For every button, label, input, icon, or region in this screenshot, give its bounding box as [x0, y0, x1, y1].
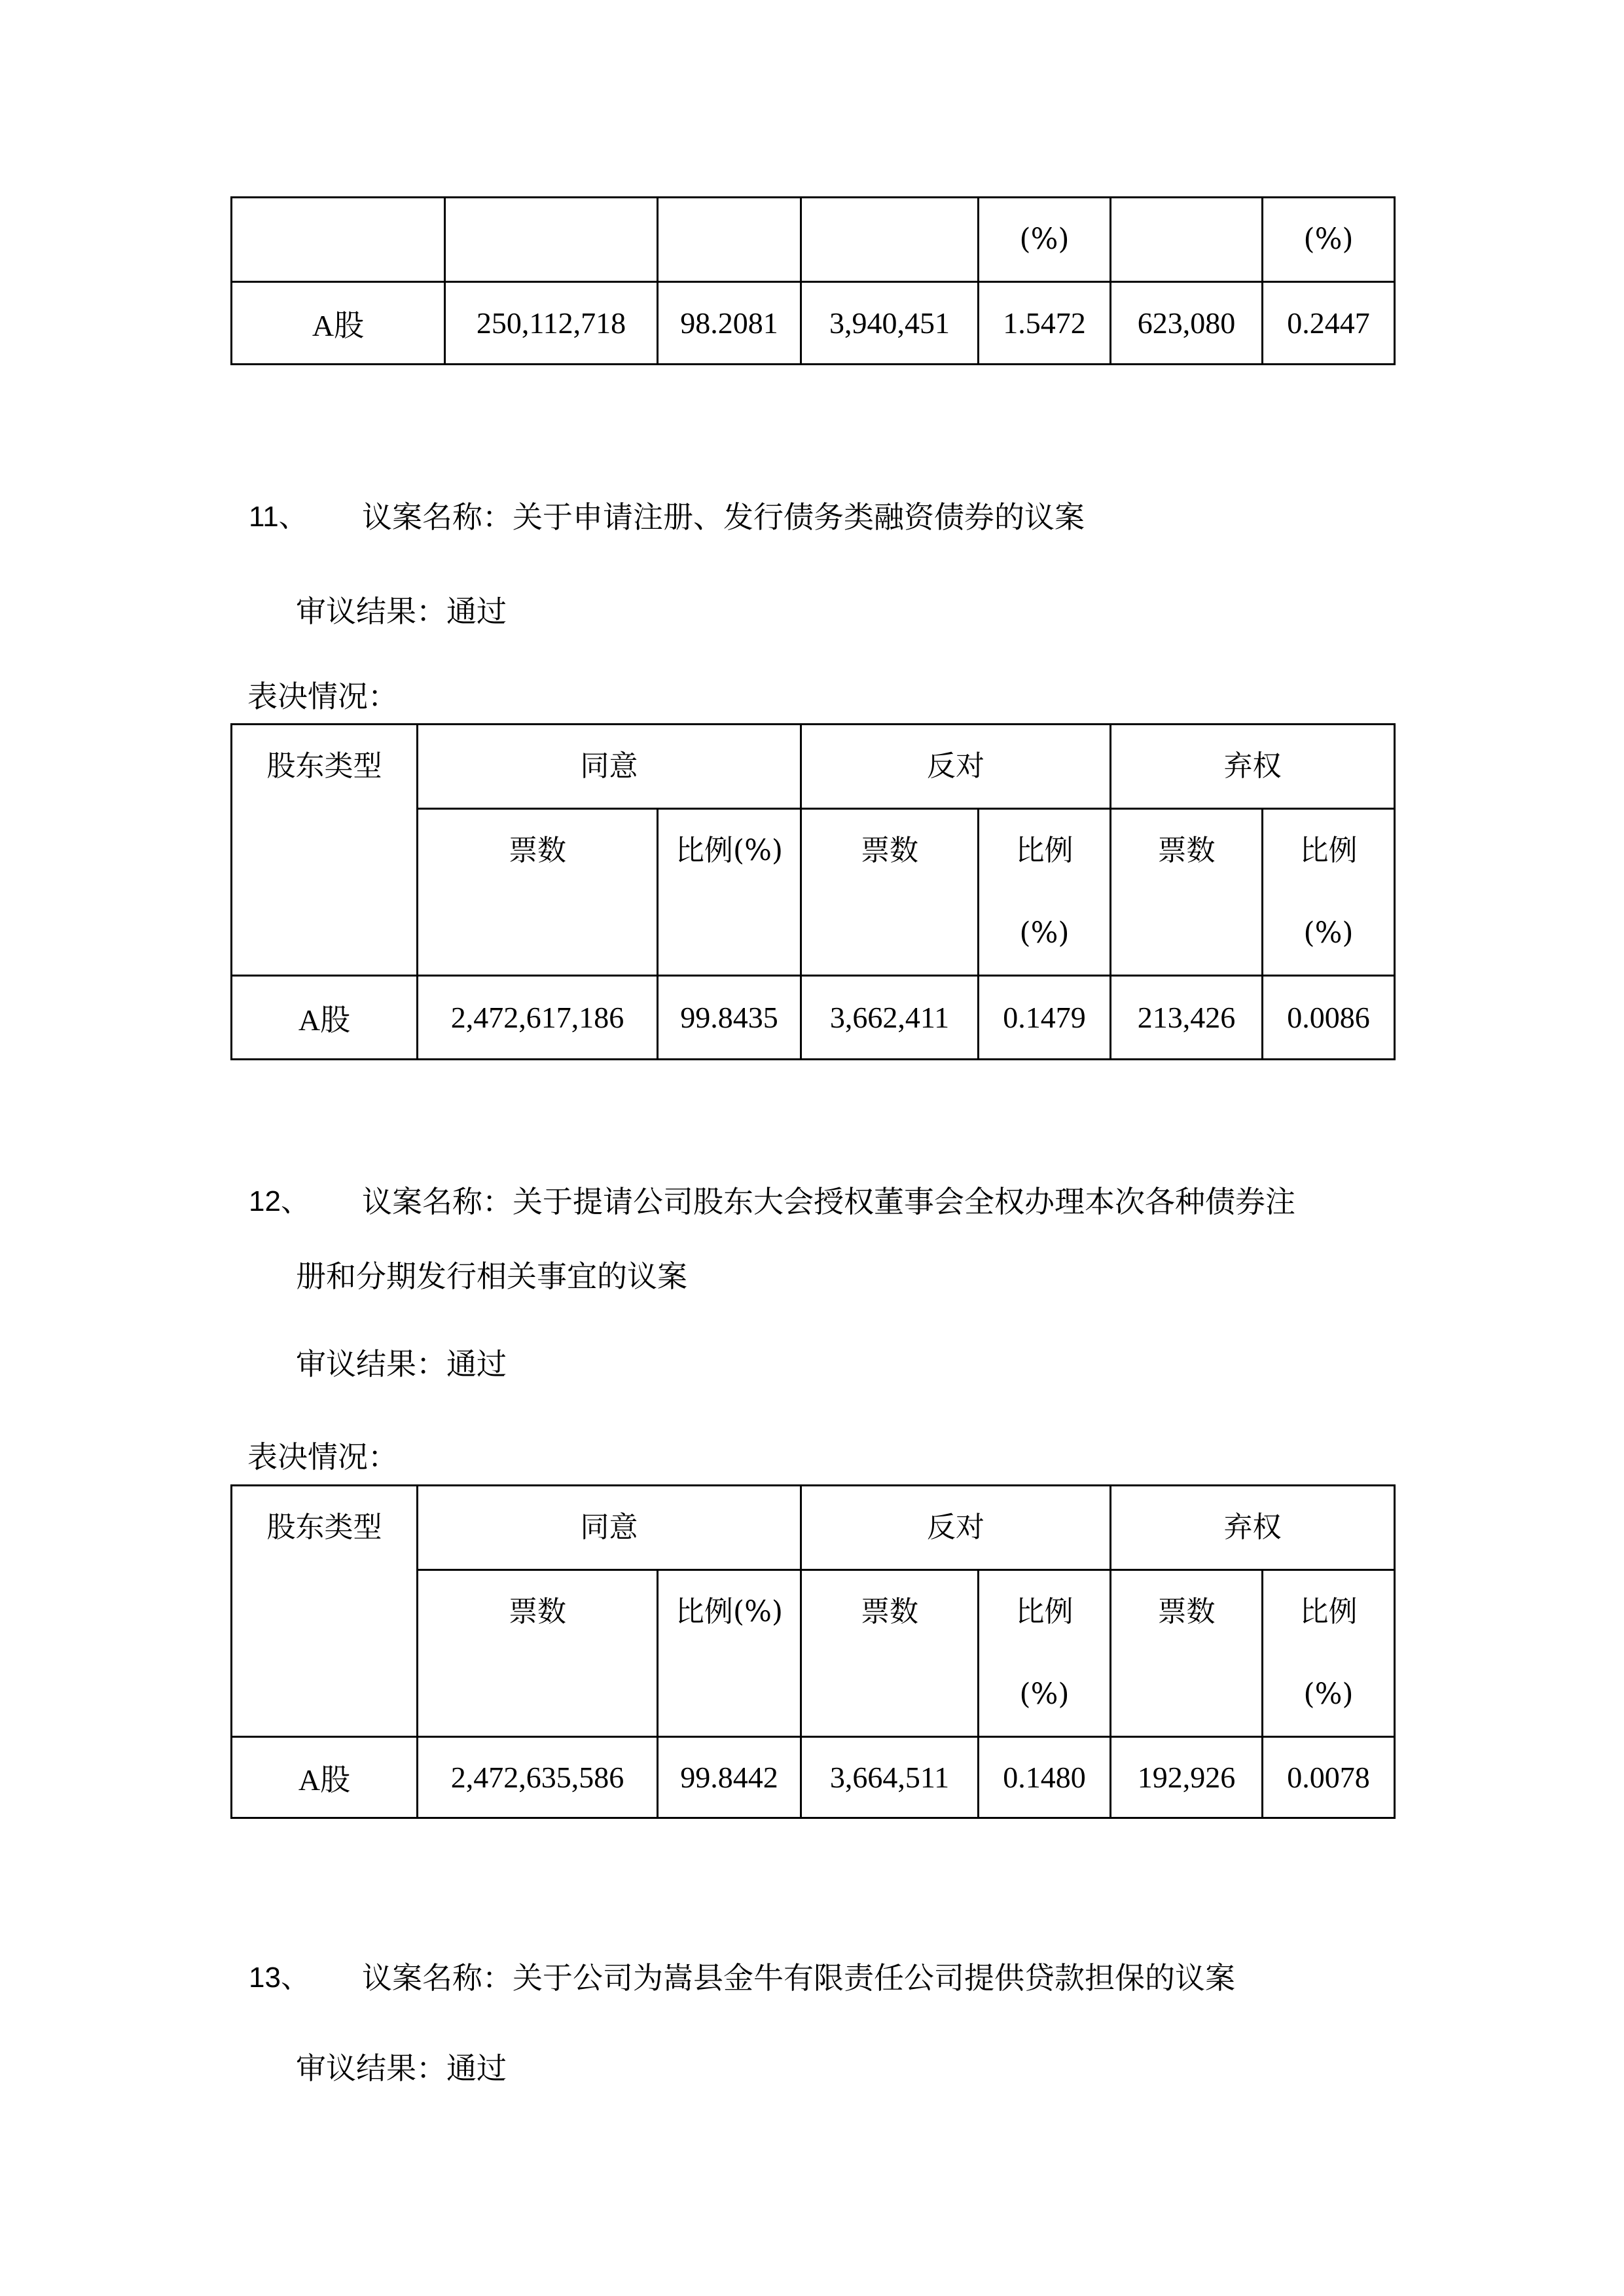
- header-cell-empty: [232, 198, 445, 282]
- motion-title-13: 议案名称：关于公司为嵩县金牛有限责任公司提供贷款担保的议案: [362, 1960, 1235, 1996]
- header-cell-empty: [658, 198, 801, 282]
- motion-result-12: 审议结果：通过: [296, 1346, 507, 1382]
- subheader-abstain-pct: 比例 (%): [1263, 1570, 1395, 1737]
- vote-table-10-continued: (%) (%) A股 250,112,718 98.2081 3,940,451…: [230, 196, 1396, 365]
- motion-title-11: 议案名称：关于申请注册、发行债务类融资债券的议案: [362, 499, 1085, 535]
- abstain-pct: 0.0086: [1263, 976, 1395, 1060]
- pct-word: 比例: [979, 1571, 1110, 1653]
- subheader-abstain-votes: 票数: [1111, 1570, 1263, 1737]
- motion-number-12: 12、: [249, 1183, 310, 1220]
- pct-word: 比例: [979, 810, 1110, 892]
- subheader-agree-pct: 比例(%): [658, 809, 801, 976]
- oppose-votes: 3,940,451: [801, 282, 979, 365]
- agree-votes: 2,472,617,186: [418, 976, 658, 1060]
- agree-pct: 99.8442: [658, 1737, 801, 1818]
- oppose-pct: 1.5472: [979, 282, 1111, 365]
- table-row: A股 250,112,718 98.2081 3,940,451 1.5472 …: [232, 282, 1395, 365]
- header-shareholder-type: 股东类型: [232, 725, 418, 976]
- vote-table-11: 股东类型 同意 反对 弃权 票数 比例(%) 票数 比例 (%) 票数 比例 (…: [230, 723, 1396, 1060]
- header-cell-empty: [801, 198, 979, 282]
- vote-label-11: 表决情况：: [247, 678, 398, 715]
- header-abstain: 弃权: [1111, 1486, 1395, 1570]
- oppose-pct: 0.1479: [979, 976, 1111, 1060]
- subheader-oppose-pct: 比例 (%): [979, 809, 1111, 976]
- abstain-pct: 0.2447: [1263, 282, 1395, 365]
- vote-label-12: 表决情况：: [247, 1439, 398, 1475]
- table-row: A股 2,472,635,586 99.8442 3,664,511 0.148…: [232, 1737, 1395, 1818]
- subheader-agree-pct: 比例(%): [658, 1570, 801, 1737]
- header-cell-empty: [445, 198, 658, 282]
- subheader-agree-votes: 票数: [418, 809, 658, 976]
- motion-number-13: 13、: [249, 1960, 310, 1996]
- abstain-votes: 623,080: [1111, 282, 1263, 365]
- table-row: A股 2,472,617,186 99.8435 3,662,411 0.147…: [232, 976, 1395, 1060]
- oppose-votes: 3,664,511: [801, 1737, 979, 1818]
- abstain-votes: 213,426: [1111, 976, 1263, 1060]
- agree-votes: 2,472,635,586: [418, 1737, 658, 1818]
- vote-table-12: 股东类型 同意 反对 弃权 票数 比例(%) 票数 比例 (%) 票数 比例 (…: [230, 1484, 1396, 1819]
- agree-votes: 250,112,718: [445, 282, 658, 365]
- subheader-abstain-pct: 比例 (%): [1263, 809, 1395, 976]
- header-agree: 同意: [418, 1486, 801, 1570]
- pct-word: 比例: [1263, 1571, 1394, 1653]
- motion-number-11: 11、: [249, 499, 308, 535]
- subheader-abstain-votes: 票数: [1111, 809, 1263, 976]
- pct-unit: (%): [979, 892, 1110, 975]
- header-cell-abstain-pct-unit: (%): [1263, 198, 1395, 282]
- shareholder-type: A股: [232, 282, 445, 365]
- pct-unit: (%): [1263, 1653, 1394, 1736]
- agree-pct: 99.8435: [658, 976, 801, 1060]
- motion-result-11: 审议结果：通过: [296, 593, 507, 630]
- abstain-pct: 0.0078: [1263, 1737, 1395, 1818]
- subheader-oppose-pct: 比例 (%): [979, 1570, 1111, 1737]
- header-oppose: 反对: [801, 1486, 1111, 1570]
- subheader-oppose-votes: 票数: [801, 809, 979, 976]
- shareholder-type: A股: [232, 1737, 418, 1818]
- header-oppose: 反对: [801, 725, 1111, 809]
- motion-title-12: 议案名称：关于提请公司股东大会授权董事会全权办理本次各种债券注: [362, 1183, 1295, 1220]
- shareholder-type: A股: [232, 976, 418, 1060]
- subheader-agree-votes: 票数: [418, 1570, 658, 1737]
- abstain-votes: 192,926: [1111, 1737, 1263, 1818]
- header-abstain: 弃权: [1111, 725, 1395, 809]
- motion-result-13: 审议结果：通过: [296, 2050, 507, 2087]
- subheader-oppose-votes: 票数: [801, 1570, 979, 1737]
- oppose-pct: 0.1480: [979, 1737, 1111, 1818]
- header-cell-oppose-pct-unit: (%): [979, 198, 1111, 282]
- motion-title-12-line2: 册和分期发行相关事宜的议案: [296, 1258, 687, 1295]
- pct-word: 比例: [1263, 810, 1394, 892]
- pct-unit: (%): [1263, 892, 1394, 975]
- oppose-votes: 3,662,411: [801, 976, 979, 1060]
- header-cell-empty: [1111, 198, 1263, 282]
- pct-unit: (%): [979, 1653, 1110, 1736]
- header-agree: 同意: [418, 725, 801, 809]
- header-shareholder-type: 股东类型: [232, 1486, 418, 1737]
- agree-pct: 98.2081: [658, 282, 801, 365]
